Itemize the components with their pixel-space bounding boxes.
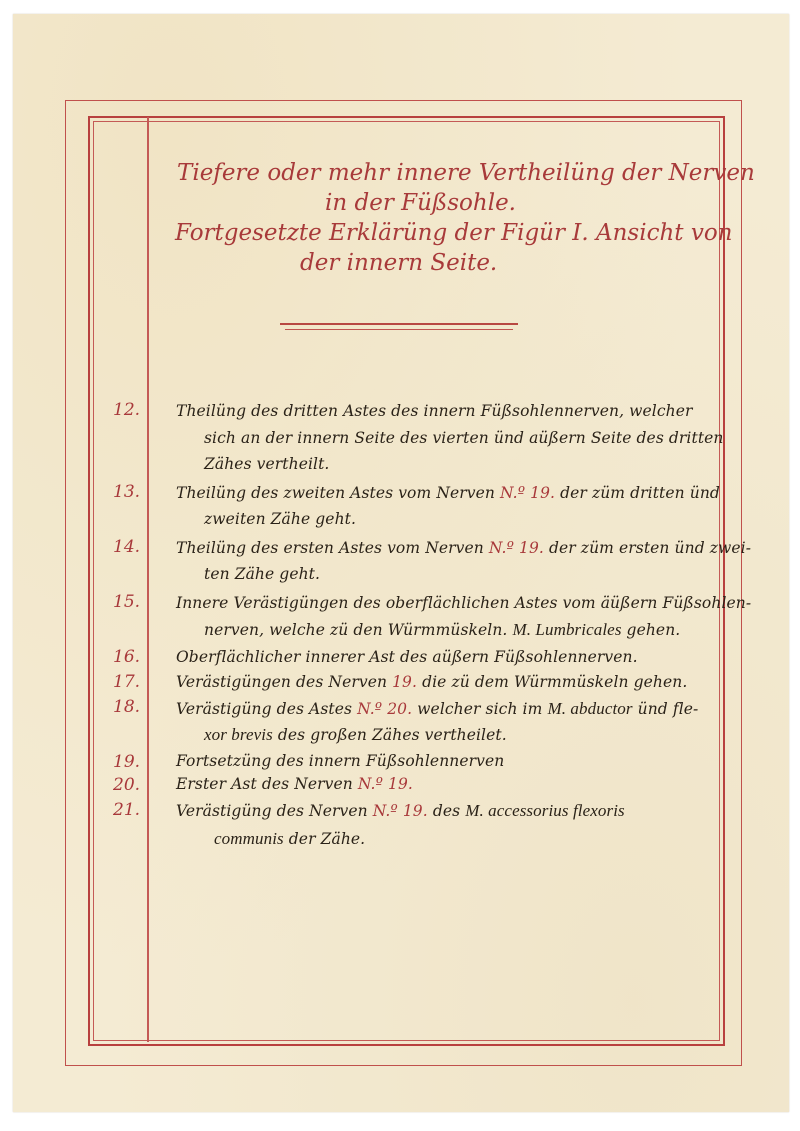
- text-segment: der züm ersten ünd zwei-: [544, 539, 751, 557]
- text-segment: Verästigüngen des Nerven: [176, 673, 392, 691]
- entry-number: 20.: [113, 775, 145, 795]
- text-segment: Verästigüng des Nerven: [176, 802, 373, 820]
- entry-text-line: Innere Verästigüngen des oberflächlichen…: [176, 594, 751, 612]
- latin-term: communis: [214, 829, 284, 848]
- title-separator-line-top: [280, 323, 518, 325]
- text-segment: welcher sich im: [412, 700, 547, 718]
- page-title: Tiefere oder mehr innere Vertheilüng der…: [165, 158, 710, 278]
- entry-number: 18.: [113, 697, 145, 717]
- title-line-3: Fortgesetzte Erklärüng der Figür I. Ansi…: [165, 218, 710, 248]
- entry-text-line: ten Zähe geht.: [204, 565, 320, 583]
- entry-number: 17.: [113, 672, 145, 692]
- text-segment: Erster Ast des Nerven: [176, 775, 358, 793]
- entry-number: 13.: [113, 482, 145, 502]
- entry-text-line: Erster Ast des Nerven N.º 19.: [176, 775, 413, 793]
- text-segment: nerven, welche zü den Würmmüskeln.: [204, 621, 512, 639]
- title-line-4: der innern Seite.: [165, 248, 710, 278]
- nerve-reference: N.º 19.: [489, 539, 544, 557]
- entry-number: 14.: [113, 537, 145, 557]
- text-segment: Theilüng des zweiten Astes vom Nerven: [176, 484, 500, 502]
- entry-text-line: Theilüng des ersten Astes vom Nerven N.º…: [176, 539, 751, 557]
- entry-text-line: zweiten Zähe geht.: [204, 510, 356, 528]
- entry-text-line: sich an der innern Seite des vierten ünd…: [204, 429, 724, 447]
- entry-text-line: Theilüng des zweiten Astes vom Nerven N.…: [176, 484, 720, 502]
- text-segment: Theilüng des ersten Astes vom Nerven: [176, 539, 489, 557]
- latin-term: M. abductor: [547, 699, 632, 718]
- entry-text-line: Fortsetzüng des innern Füßsohlennerven: [176, 752, 504, 770]
- text-segment: des großen Zähes vertheilet.: [273, 726, 507, 744]
- nerve-reference: N.º 20.: [357, 700, 412, 718]
- latin-term: M. Lumbricales: [512, 620, 621, 639]
- text-segment: die zü dem Würmmüskeln gehen.: [417, 673, 687, 691]
- nerve-reference: N.º 19.: [500, 484, 555, 502]
- text-segment: des: [428, 802, 465, 820]
- entry-number: 19.: [113, 752, 145, 772]
- entry-text-line: communis der Zähe.: [214, 829, 365, 849]
- entry-text-line: Verästigüngen des Nerven 19. die zü dem …: [176, 673, 687, 691]
- text-segment: Verästigüng des Astes: [176, 700, 357, 718]
- nerve-reference: N.º 19.: [373, 802, 428, 820]
- entry-number: 21.: [113, 800, 145, 820]
- left-margin-rule: [147, 117, 149, 1042]
- text-segment: gehen.: [622, 621, 681, 639]
- latin-term: xor brevis: [204, 725, 273, 744]
- entry-text-line: nerven, welche zü den Würmmüskeln. M. Lu…: [204, 620, 680, 640]
- title-line-1: Tiefere oder mehr innere Vertheilüng der…: [165, 158, 710, 188]
- entry-text-line: Verästigüng des Astes N.º 20. welcher si…: [176, 699, 698, 719]
- entry-number: 12.: [113, 400, 145, 420]
- entry-text-line: Zähes vertheilt.: [204, 455, 329, 473]
- entry-text-line: Theilüng des dritten Astes des innern Fü…: [176, 402, 693, 420]
- title-separator-line-bottom: [285, 329, 513, 330]
- nerve-reference: 19.: [392, 673, 417, 691]
- entry-text-line: xor brevis des großen Zähes vertheilet.: [204, 725, 507, 745]
- text-segment: ünd fle-: [633, 700, 699, 718]
- title-line-2: in der Füßsohle.: [165, 188, 710, 218]
- entry-number: 16.: [113, 647, 145, 667]
- entry-text-line: Oberflächlicher innerer Ast des aüßern F…: [176, 648, 638, 666]
- text-segment: der Zähe.: [284, 830, 365, 848]
- entry-number: 15.: [113, 592, 145, 612]
- entry-text-line: Verästigüng des Nerven N.º 19. des M. ac…: [176, 801, 625, 821]
- text-segment: der züm dritten ünd: [555, 484, 720, 502]
- latin-term: M. accessorius flexoris: [465, 801, 625, 820]
- nerve-reference: N.º 19.: [358, 775, 413, 793]
